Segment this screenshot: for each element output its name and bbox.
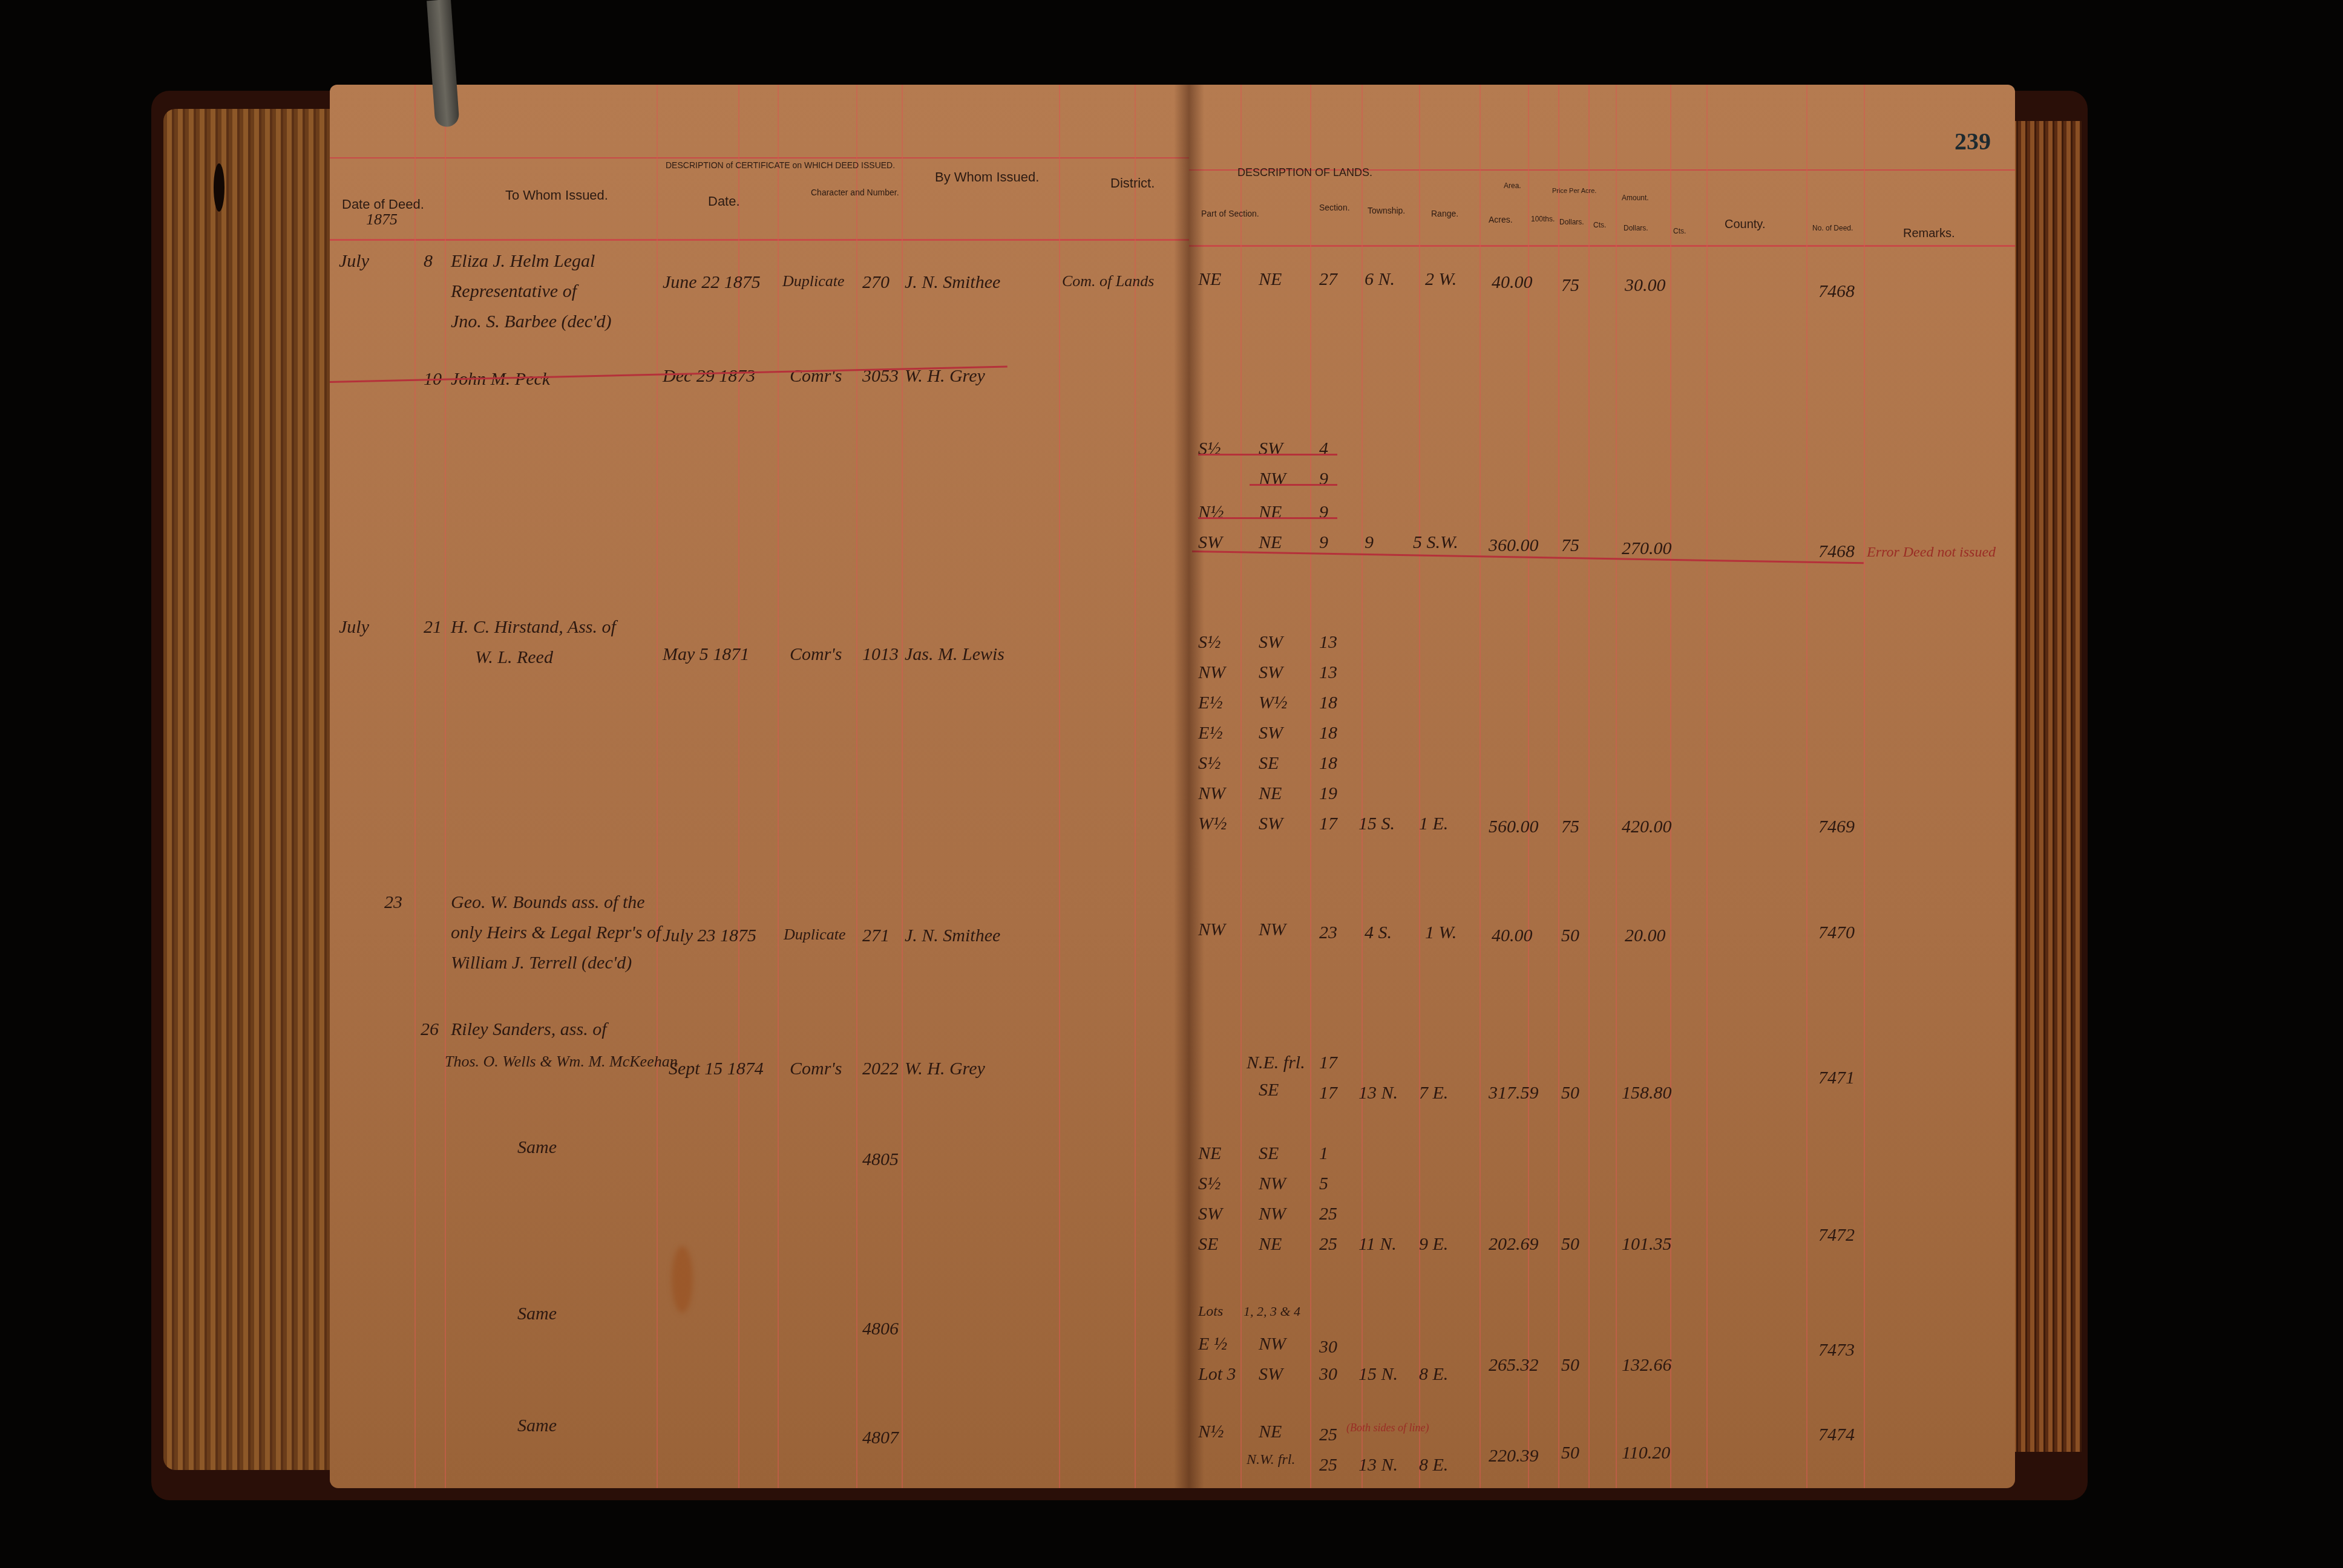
land-quarter: NE: [1259, 1422, 1282, 1442]
land-township: 4 S.: [1365, 923, 1392, 943]
land-acres: 317.59: [1489, 1083, 1539, 1103]
land-amount: 30.00: [1625, 275, 1666, 296]
land-price: 50: [1561, 1355, 1579, 1376]
land-quarter: NE: [1259, 502, 1282, 523]
land-range: 5 S.W.: [1413, 532, 1458, 553]
page-tab-marker: [214, 163, 224, 212]
header-price-dollars: Dollars.: [1559, 218, 1584, 226]
land-section: 9: [1319, 469, 1328, 489]
land-section: 19: [1319, 783, 1337, 804]
land-amount: 20.00: [1625, 926, 1666, 946]
land-range: 8 E.: [1419, 1364, 1448, 1385]
entry-cert-date: Dec 29 1873: [663, 366, 755, 387]
land-section: 9: [1319, 502, 1328, 523]
entry-grantee-line: H. C. Hirstand, Ass. of: [451, 617, 616, 638]
header-section: Section.: [1319, 203, 1350, 212]
land-quarter: NE: [1259, 1234, 1282, 1255]
entry-grantee-line: Jno. S. Barbee (dec'd): [451, 312, 611, 332]
entry-cert-number: 4807: [862, 1428, 899, 1448]
deed-number: 7468: [1818, 281, 1855, 302]
entry-cert-number: 2022: [862, 1059, 899, 1079]
entry-day: 26: [421, 1019, 439, 1040]
land-range: 7 E.: [1419, 1083, 1448, 1103]
header-to-whom-issued: To Whom Issued.: [505, 188, 608, 203]
land-quarter: SW: [1259, 662, 1283, 683]
land-section: 1: [1319, 1143, 1328, 1164]
land-quarter: W½: [1259, 693, 1288, 713]
land-section: 17: [1319, 1053, 1337, 1073]
header-area-group: Area.: [1504, 181, 1521, 190]
land-range: 1 W.: [1425, 923, 1457, 943]
strikethrough-line: [1198, 517, 1337, 519]
land-quarter: NW: [1259, 920, 1286, 940]
land-amount: 132.66: [1622, 1355, 1672, 1376]
strikethrough-line: [1250, 484, 1337, 486]
entry-cert-number: 271: [862, 926, 890, 946]
entry-district: Com. of Lands: [1062, 272, 1154, 290]
land-range: 2 W.: [1425, 269, 1457, 290]
land-range: 9 E.: [1419, 1234, 1448, 1255]
header-price-cents: Cts.: [1593, 221, 1606, 229]
land-section: 17: [1319, 814, 1337, 834]
entry-cert-date: July 23 1875: [663, 926, 756, 946]
entry-cert-date: June 22 1875: [663, 272, 761, 293]
land-note: (Both sides of line): [1346, 1422, 1429, 1434]
entry-day: 23: [384, 892, 402, 913]
land-acres: 220.39: [1489, 1446, 1539, 1466]
land-price: 50: [1561, 1083, 1579, 1103]
deed-number: 7472: [1818, 1225, 1855, 1246]
land-acres: 265.32: [1489, 1355, 1539, 1376]
header-amount-dollars: Dollars.: [1624, 224, 1648, 232]
entry-cert-character: Comr's: [790, 1059, 842, 1079]
land-amount: 270.00: [1622, 538, 1672, 559]
deed-number: 7471: [1818, 1068, 1855, 1088]
land-quarter: SW: [1259, 1364, 1283, 1385]
land-range: 1 E.: [1419, 814, 1448, 834]
header-district: District.: [1110, 175, 1155, 191]
land-township: 13 N.: [1358, 1455, 1398, 1475]
land-price: 75: [1561, 275, 1579, 296]
land-acres: 40.00: [1492, 272, 1533, 293]
entry-cert-number: 4805: [862, 1149, 899, 1170]
header-cert-character: Character and Number.: [811, 188, 899, 197]
land-price: 50: [1561, 1443, 1579, 1463]
land-section: 13: [1319, 632, 1337, 653]
entry-day: 21: [424, 617, 442, 638]
land-quarter: NE: [1259, 532, 1282, 553]
entry-grantee-line: W. L. Reed: [475, 647, 553, 668]
land-section: 30: [1319, 1364, 1337, 1385]
entry-grantee-line: Thos. O. Wells & Wm. M. McKeehan: [445, 1053, 678, 1071]
land-section: 25: [1319, 1204, 1337, 1224]
header-remarks: Remarks.: [1903, 227, 1955, 241]
land-acres: 202.69: [1489, 1234, 1539, 1255]
entry-cert-number: 4806: [862, 1319, 899, 1339]
land-section: 13: [1319, 662, 1337, 683]
land-township: 11 N.: [1358, 1234, 1397, 1255]
header-by-whom-issued: By Whom Issued.: [935, 169, 1039, 185]
header-township: Township.: [1368, 206, 1405, 215]
header-part-of-section: Part of Section.: [1201, 209, 1259, 218]
entry-cert-character: Duplicate: [782, 272, 845, 290]
land-quarter: SW: [1259, 632, 1283, 653]
entry-grantee-same: Same: [517, 1416, 557, 1436]
ink-stain: [672, 1246, 693, 1313]
land-quarter: NE: [1259, 783, 1282, 804]
land-section: 25: [1319, 1234, 1337, 1255]
land-section: 18: [1319, 723, 1337, 743]
entry-month: July: [339, 617, 369, 638]
entry-day: 8: [424, 251, 433, 272]
land-amount: 110.20: [1622, 1443, 1670, 1463]
book-page-edges-left: [163, 109, 345, 1470]
book-page-edges-right: [2009, 121, 2082, 1452]
land-township: 15 N.: [1358, 1364, 1398, 1385]
land-section: 30: [1319, 1337, 1337, 1357]
land-section: 18: [1319, 693, 1337, 713]
entry-cert-date: May 5 1871: [663, 644, 749, 665]
land-quarter: SE: [1259, 753, 1279, 774]
book-gutter: [1174, 85, 1204, 1488]
land-amount: 101.35: [1622, 1234, 1672, 1255]
entry-cert-number: 1013: [862, 644, 899, 665]
remark-error-deed-not-issued: Error Deed not issued: [1867, 544, 1996, 561]
entry-grantee-line: Riley Sanders, ass. of: [451, 1019, 606, 1040]
header-amount-cents: Cts.: [1673, 227, 1686, 235]
land-section: 9: [1319, 532, 1328, 553]
header-price-group: Price Per Acre.: [1552, 188, 1596, 195]
land-section: 4: [1319, 439, 1328, 459]
header-deed-number: No. of Deed.: [1812, 224, 1853, 232]
land-township: 9: [1365, 532, 1374, 553]
land-section: 5: [1319, 1174, 1328, 1194]
entry-grantee-line: Eliza J. Helm Legal: [451, 251, 595, 272]
header-lands-group: DESCRIPTION OF LANDS.: [1237, 166, 1372, 179]
entry-grantee-line: William J. Terrell (dec'd): [451, 953, 632, 973]
entry-grantee-same: Same: [517, 1137, 557, 1158]
land-range: 8 E.: [1419, 1455, 1448, 1475]
entry-cert-date: Sept 15 1874: [669, 1059, 764, 1079]
land-quarter: NW: [1259, 1204, 1286, 1224]
land-section: 18: [1319, 753, 1337, 774]
entry-grantee-same: Same: [517, 1304, 557, 1324]
land-township: 15 S.: [1358, 814, 1395, 834]
strikethrough-line: [1198, 454, 1337, 456]
land-acres: 40.00: [1492, 926, 1533, 946]
entry-issuer: J. N. Smithee: [905, 926, 1000, 946]
entry-issuer: J. N. Smithee: [905, 272, 1000, 293]
right-page: 239 DESCRIPTION OF LANDS. Part of Sectio…: [1189, 85, 2015, 1488]
entry-cert-character: Duplicate: [784, 926, 846, 944]
land-section: 27: [1319, 269, 1337, 290]
entry-month: July: [339, 251, 369, 272]
land-quarter: NE: [1259, 269, 1282, 290]
header-acres: Acres.: [1489, 215, 1513, 224]
entry-grantee-line: only Heirs & Legal Repr's of: [451, 923, 661, 943]
land-quarter: SW: [1259, 723, 1283, 743]
land-quarter: NW: [1259, 469, 1286, 489]
land-quarter: N.W. frl.: [1247, 1452, 1295, 1468]
header-cert-date: Date.: [708, 194, 740, 209]
land-section: 17: [1319, 1083, 1337, 1103]
deed-number: 7473: [1818, 1340, 1855, 1361]
land-quarter: SW: [1259, 439, 1283, 459]
land-amount: 420.00: [1622, 817, 1672, 837]
entry-grantee-line: Geo. W. Bounds ass. of the: [451, 892, 645, 913]
header-county: County.: [1725, 218, 1765, 232]
land-township: 6 N.: [1365, 269, 1395, 290]
entry-issuer: W. H. Grey: [905, 1059, 985, 1079]
land-price: 50: [1561, 1234, 1579, 1255]
land-acres: 360.00: [1489, 535, 1539, 556]
land-section: 25: [1319, 1425, 1337, 1445]
header-amount-group: Amount.: [1622, 194, 1649, 202]
header-range: Range.: [1431, 209, 1458, 218]
land-quarter: NW: [1259, 1334, 1286, 1354]
entry-cert-number: 270: [862, 272, 890, 293]
land-township: 13 N.: [1358, 1083, 1398, 1103]
header-hundredths: 100ths.: [1531, 215, 1555, 223]
land-amount: 158.80: [1622, 1083, 1672, 1103]
land-price: 50: [1561, 926, 1579, 946]
land-quarter: 1, 2, 3 & 4: [1244, 1304, 1300, 1319]
land-price: 75: [1561, 535, 1579, 556]
land-quarter: SE: [1259, 1080, 1279, 1100]
land-section: 23: [1319, 923, 1337, 943]
land-quarter: SE: [1259, 1143, 1279, 1164]
deed-number: 7470: [1818, 923, 1855, 943]
land-quarter: NW: [1259, 1174, 1286, 1194]
page-number: 239: [1955, 127, 1991, 155]
land-quarter: SW: [1259, 814, 1283, 834]
left-page: Date of Deed. 1875 To Whom Issued. DESCR…: [330, 85, 1189, 1488]
land-quarter: N.E. frl.: [1247, 1053, 1305, 1073]
entry-issuer: Jas. M. Lewis: [905, 644, 1004, 665]
deed-number: 7469: [1818, 817, 1855, 837]
entry-grantee-line: Representative of: [451, 281, 577, 302]
land-acres: 560.00: [1489, 817, 1539, 837]
land-section: 25: [1319, 1455, 1337, 1475]
entry-cert-character: Comr's: [790, 644, 842, 665]
header-certificate-group: DESCRIPTION of CERTIFICATE on WHICH DEED…: [666, 160, 895, 170]
deed-number: 7468: [1818, 541, 1855, 562]
deed-number: 7474: [1818, 1425, 1855, 1445]
land-price: 75: [1561, 817, 1579, 837]
header-year: 1875: [366, 211, 398, 229]
